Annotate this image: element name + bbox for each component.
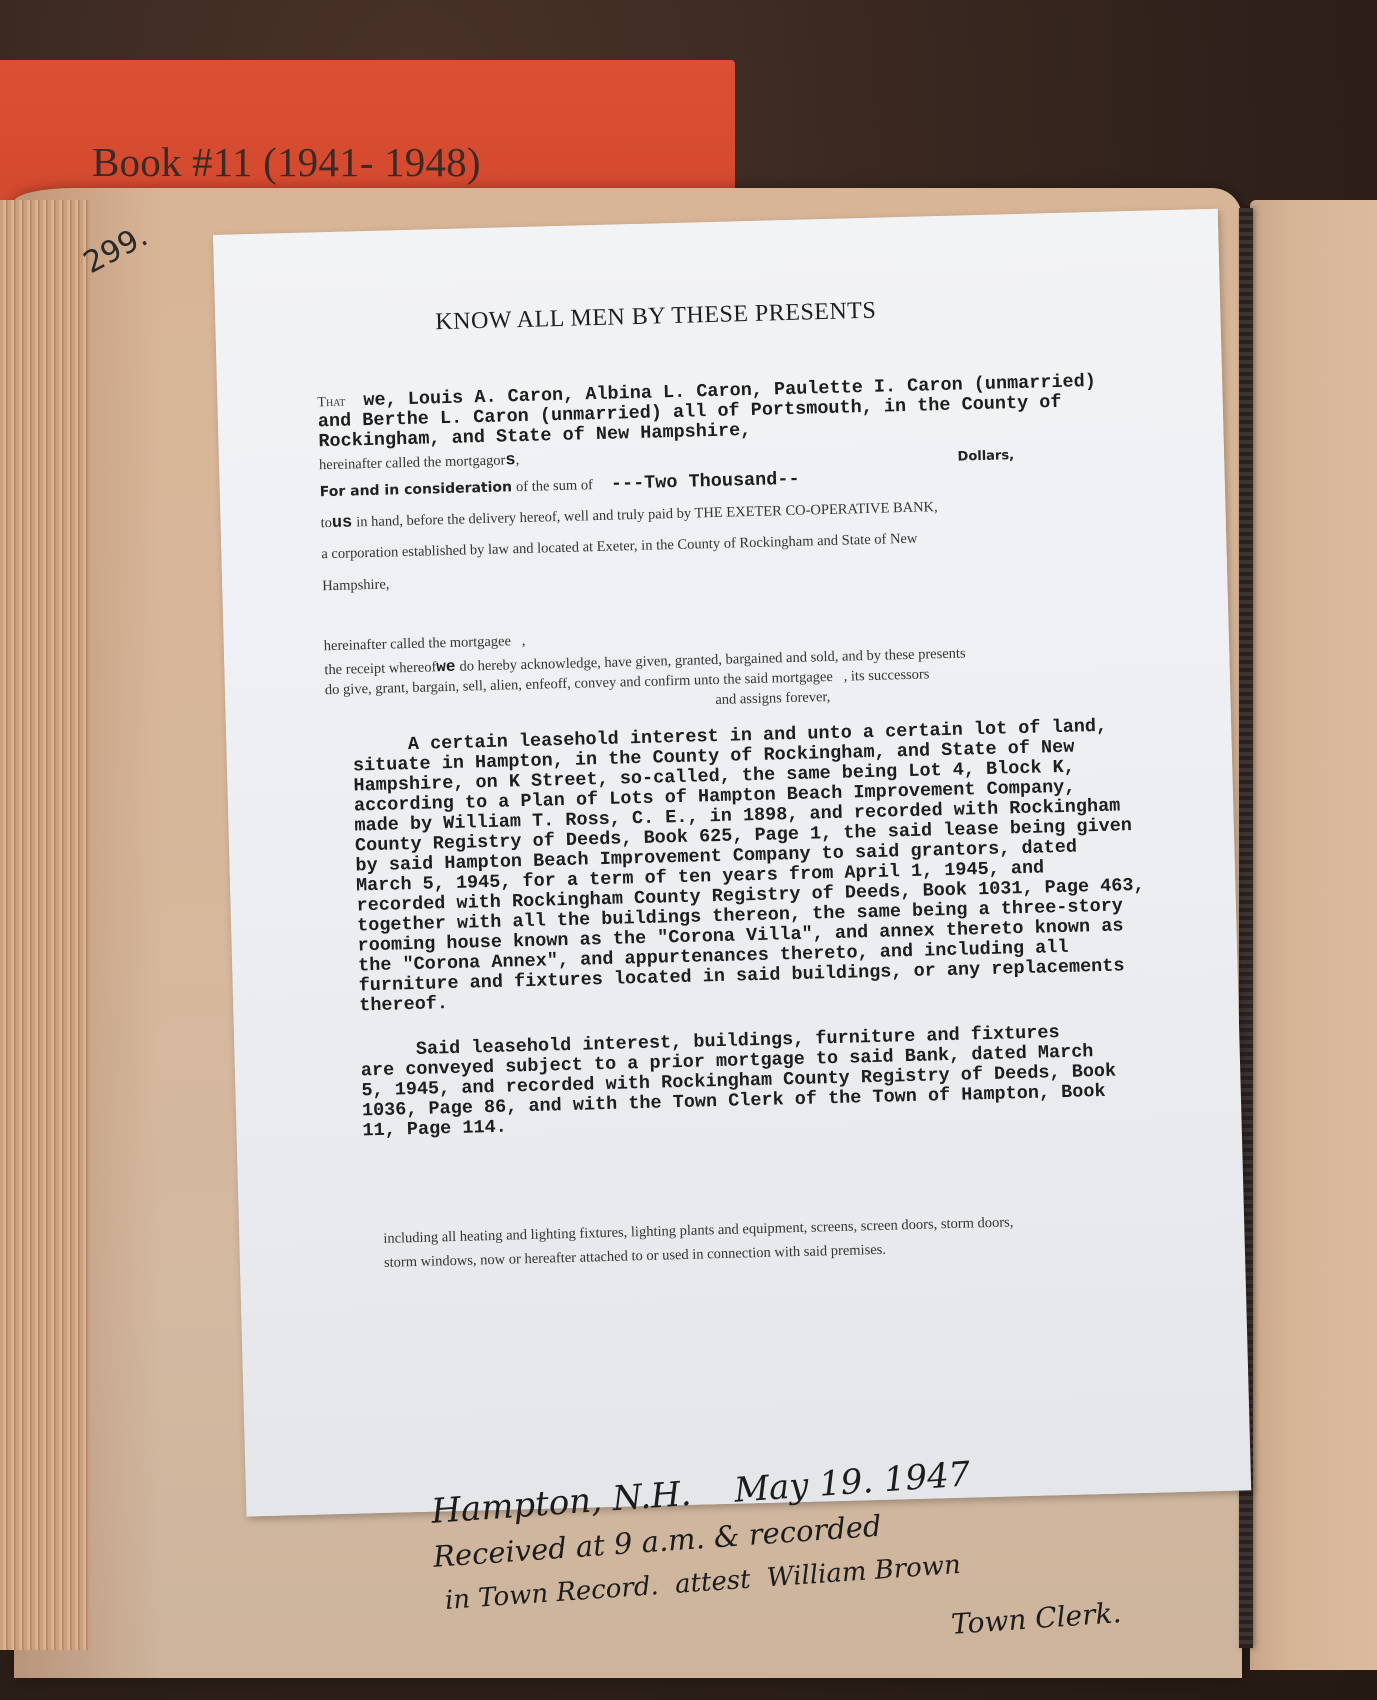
fixtures-line-1: including all heating and lighting fixtu…	[383, 1214, 1013, 1247]
mortgagor-plural: s	[505, 451, 516, 470]
mortgage-document-sheet: KNOW ALL MEN BY THESE PRESENTS That we, …	[213, 209, 1251, 1517]
paid-line: tous in hand, before the delivery hereof…	[320, 498, 938, 534]
corporation-line: a corporation established by law and loc…	[321, 531, 917, 564]
sum-of-label: of the sum of	[516, 477, 593, 495]
that-label: That	[317, 395, 345, 412]
consideration-label: For and in consideration	[320, 479, 513, 500]
receipt-we: we	[436, 658, 456, 676]
folder-title: Book #11 (1941- 1948)	[92, 138, 481, 186]
to-label: to	[320, 515, 332, 531]
assigns-line: and assigns forever,	[715, 689, 830, 709]
leasehold-paragraph: A certain leasehold interest in and unto…	[352, 716, 1147, 1017]
to-us: us	[332, 513, 353, 533]
hampshire-line: Hampshire,	[322, 577, 390, 596]
mortgagee-line: hereinafter called the mortgagee ,	[324, 633, 526, 655]
dollars-label: Dollars,	[957, 448, 1014, 464]
fixtures-line-2: storm windows, now or hereafter attached…	[384, 1242, 886, 1272]
page-stack-edge	[0, 200, 90, 1650]
right-page	[1250, 200, 1377, 1670]
paid-text: in hand, before the delivery hereof, wel…	[356, 499, 938, 530]
mortgagor-label: hereinafter called the mortgagor	[319, 452, 506, 473]
document-title: KNOW ALL MEN BY THESE PRESENTS	[435, 298, 877, 337]
receipt-prefix: the receipt whereof	[324, 659, 436, 678]
prior-mortgage-paragraph: Said leasehold interest, buildings, furn…	[360, 1022, 1117, 1142]
amount-value: ---Two Thousand--	[611, 469, 800, 495]
mortgagor-line: hereinafter called the mortgagors,	[319, 451, 520, 476]
mortgagor-comma: ,	[515, 452, 519, 468]
